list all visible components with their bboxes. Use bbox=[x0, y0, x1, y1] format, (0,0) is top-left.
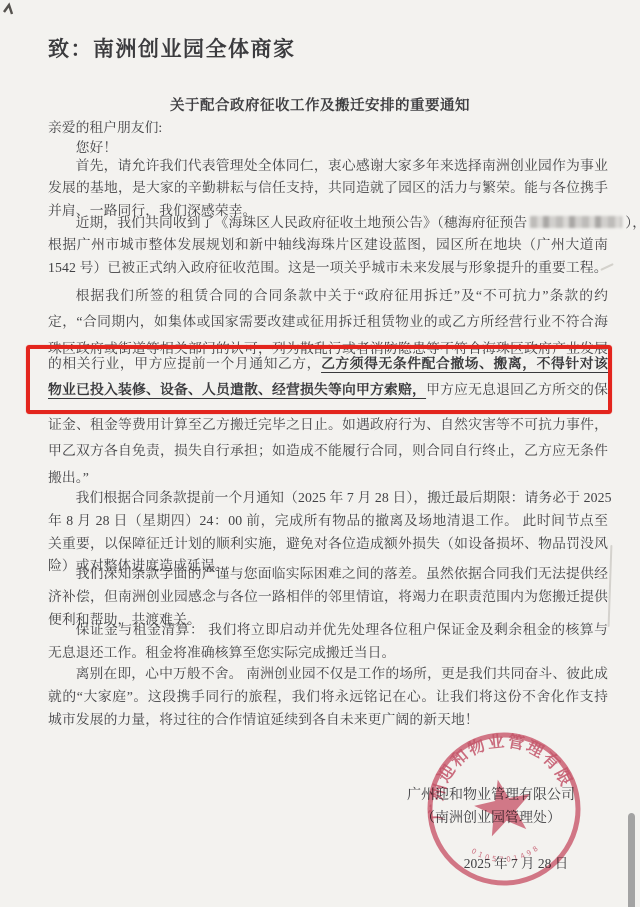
doc-line: 就的“大家庭”。这段携手同行的旅程，我们将永远铭记在心。让我们将这份不舍化作支持 bbox=[48, 686, 608, 709]
paragraph-deposit: 保证金与租金清算： 我们将立即启动并优先处理各位租户保证金及剩余租金的核算与无息… bbox=[48, 619, 608, 665]
doc-line: 首先，请允许我们代表管理处全体同仁，衷心感谢大家多年来选择南洲创业园作为事业 bbox=[48, 155, 608, 177]
emphasized-clause: 物业已投入装修、设备、人员遣散、经营损失等向甲方索赔， bbox=[48, 382, 426, 397]
text-segment: 城市发展的力量，将过往的合作情谊延续到各自未来更广阔的新天地！ bbox=[48, 712, 479, 727]
paragraph-contract-c: 证金、租金等费用计算至乙方搬迁完毕之日止。如遇政府行为、自然灾害等不可抗力事件，… bbox=[48, 412, 608, 491]
text-segment: ）， bbox=[625, 215, 640, 230]
doc-line: 无息退还工作。租金将准确核算至您实际完成搬迁当日。 bbox=[48, 642, 608, 665]
pen-mark bbox=[2, 2, 18, 18]
doc-line: 我们深知条款字面的严谨与您面临实际困难之间的落差。虽然依据合同我们无法提供经 bbox=[48, 563, 608, 586]
text-segment: 搬出。” bbox=[48, 470, 89, 485]
text-segment: 发展的基地，是大家的辛勤耕耘与信任支持，共同造就了园区的活力与繁荣。能与各位携手 bbox=[48, 180, 608, 195]
paragraph-contract-highlighted: 的相关行业，甲方应提前一个月通知乙方，乙方须得无条件配合撤场、搬离，不得针对该物… bbox=[48, 351, 608, 404]
signature-dept: （南洲创业园管理处） bbox=[398, 808, 584, 831]
doc-line: 年 8 月 28 日（星期四）24：00 前，完成所有物品的撤离及场地清退工作。… bbox=[48, 510, 608, 533]
text-segment: 无息退还工作。租金将准确核算至您实际完成搬迁当日。 bbox=[48, 645, 395, 660]
text-segment: 的相关行业，甲方应提前一个月通知乙方， bbox=[48, 356, 321, 371]
text-segment: 证金、租金等费用计算至乙方搬迁完毕之日止。如遇政府行为、自然灾害等不可抗力事件， bbox=[48, 417, 608, 432]
signature-date: 2025 年 7 月 28 日 bbox=[446, 852, 586, 872]
text-segment: 甲方应无息退回乙方所交的保 bbox=[426, 382, 608, 397]
doc-line: 的相关行业，甲方应提前一个月通知乙方，乙方须得无条件配合撤场、搬离，不得针对该 bbox=[48, 351, 608, 377]
text-segment: 根据我们所签的租赁合同的合同条款中关于“政府征用拆迁”及“不可抗力”条款的约 bbox=[76, 288, 608, 303]
paragraph-farewell: 离别在即，心中万般不舍。 南洲创业园不仅是工作的场所，更是我们共同奋斗、彼此成就… bbox=[48, 663, 608, 731]
doc-line: 甲乙双方各自免责，损失自行承担；如造成不能履行合同，则合同自行终止，乙方应无条件 bbox=[48, 438, 608, 464]
doc-line: 济补偿，但南洲创业园感念与各位一路相伴的邻里情谊，将竭力在职责范围内为您搬迁提供 bbox=[48, 586, 608, 609]
doc-line: 证金、租金等费用计算至乙方搬迁完毕之日止。如遇政府行为、自然灾害等不可抗力事件， bbox=[48, 412, 608, 438]
doc-line: 物业已投入装修、设备、人员遣散、经营损失等向甲方索赔，甲方应无息退回乙方所交的保 bbox=[48, 377, 608, 403]
paragraph-announcement: 近期，我们共同收到了《海珠区人民政府征收土地预公告》（穗海府征预告），根据广州市… bbox=[48, 212, 608, 279]
text-segment: 首先，请允许我们代表管理处全体同仁，衷心感谢大家多年来选择南洲创业园作为事业 bbox=[76, 158, 608, 173]
doc-line: 保证金与租金清算： 我们将立即启动并优先处理各位租户保证金及剩余租金的核算与 bbox=[48, 619, 608, 642]
text-segment: 保证金与租金清算： 我们将立即启动并优先处理各位租户保证金及剩余租金的核算与 bbox=[76, 622, 608, 637]
document-page: 致：南洲创业园全体商家 关于配合政府征收工作及搬迁安排的重要通知 亲爱的租户朋友… bbox=[0, 0, 640, 907]
scrollbar-thumb[interactable] bbox=[628, 813, 635, 907]
redacted-text bbox=[530, 216, 622, 228]
text-segment: 近期，我们共同收到了《海珠区人民政府征收土地预公告》（穗海府征预告 bbox=[76, 215, 528, 230]
text-segment: 我们深知条款字面的严谨与您面临实际困难之间的落差。虽然依据合同我们无法提供经 bbox=[76, 566, 608, 581]
doc-line: 1542 号）已被正式纳入政府征收范围。这是一项关乎城市未来发展与形象提升的重要… bbox=[48, 257, 608, 279]
doc-line: 定，“合同期内，如集体或国家需要改建或征用拆迁租赁物业的或乙方所经营行业不符合海 bbox=[48, 309, 608, 335]
text-segment: 离别在即，心中万般不舍。 南洲创业园不仅是工作的场所，更是我们共同奋斗、彼此成 bbox=[76, 666, 608, 681]
document-title: 关于配合政府征收工作及搬迁安排的重要通知 bbox=[0, 94, 640, 115]
doc-line: 根据我们所签的租赁合同的合同条款中关于“政府征用拆迁”及“不可抗力”条款的约 bbox=[48, 283, 608, 309]
signature-block: 广州迎和物业管理有限公司 （南洲创业园管理处） bbox=[398, 785, 584, 830]
recipient-line: 致：南洲创业园全体商家 bbox=[48, 33, 296, 63]
text-segment: 济补偿，但南洲创业园感念与各位一路相伴的邻里情谊，将竭力在职责范围内为您搬迁提供 bbox=[48, 589, 608, 604]
doc-line: 离别在即，心中万般不舍。 南洲创业园不仅是工作的场所，更是我们共同奋斗、彼此成 bbox=[48, 663, 608, 686]
doc-line: 近期，我们共同收到了《海珠区人民政府征收土地预公告》（穗海府征预告）， bbox=[48, 212, 608, 234]
text-segment: 您好！ bbox=[76, 140, 118, 155]
page-crease bbox=[608, 545, 613, 627]
text-segment: 我们根据合同条款提前一个月通知（2025 年 7 月 28 日），搬迁最后期限：… bbox=[76, 490, 612, 505]
text-segment: 甲乙双方各自免责，损失自行承担；如造成不能履行合同，则合同自行终止，乙方应无条件 bbox=[48, 443, 608, 458]
text-segment: 就的“大家庭”。这段携手同行的旅程，我们将永远铭记在心。让我们将这份不舍化作支持 bbox=[48, 689, 608, 704]
doc-line: 根据广州市城市整体发展规划和新中轴线海珠片区建设蓝图，园区所在地块（广州大道南 bbox=[48, 234, 608, 256]
doc-line: 我们根据合同条款提前一个月通知（2025 年 7 月 28 日），搬迁最后期限：… bbox=[48, 487, 608, 510]
text-segment: 1542 号）已被正式纳入政府征收范围。这是一项关乎城市未来发展与形象提升的重要… bbox=[48, 260, 608, 275]
salutation: 亲爱的租户朋友们: bbox=[48, 116, 162, 136]
doc-line: 发展的基地，是大家的辛勤耕耘与信任支持，共同造就了园区的活力与繁荣。能与各位携手 bbox=[48, 177, 608, 199]
text-segment: 关重要，以保障征迁计划的顺利实施，避免对各位造成额外损失（如设备损坏、物品罚没风 bbox=[48, 536, 608, 551]
doc-line: 城市发展的力量，将过往的合作情谊延续到各自未来更广阔的新天地！ bbox=[48, 709, 608, 732]
signature-company: 广州迎和物业管理有限公司 bbox=[398, 785, 584, 808]
text-segment: 定，“合同期内，如集体或国家需要改建或征用拆迁租赁物业的或乙方所经营行业不符合海 bbox=[48, 314, 608, 329]
text-segment: 年 8 月 28 日（星期四）24：00 前，完成所有物品的撤离及场地清退工作。… bbox=[48, 513, 608, 528]
text-segment: 根据广州市城市整体发展规划和新中轴线海珠片区建设蓝图，园区所在地块（广州大道南 bbox=[48, 237, 608, 252]
doc-line: 关重要，以保障征迁计划的顺利实施，避免对各位造成额外损失（如设备损坏、物品罚没风 bbox=[48, 533, 608, 556]
emphasized-clause: 乙方须得无条件配合撤场、搬离，不得针对该 bbox=[321, 356, 608, 371]
